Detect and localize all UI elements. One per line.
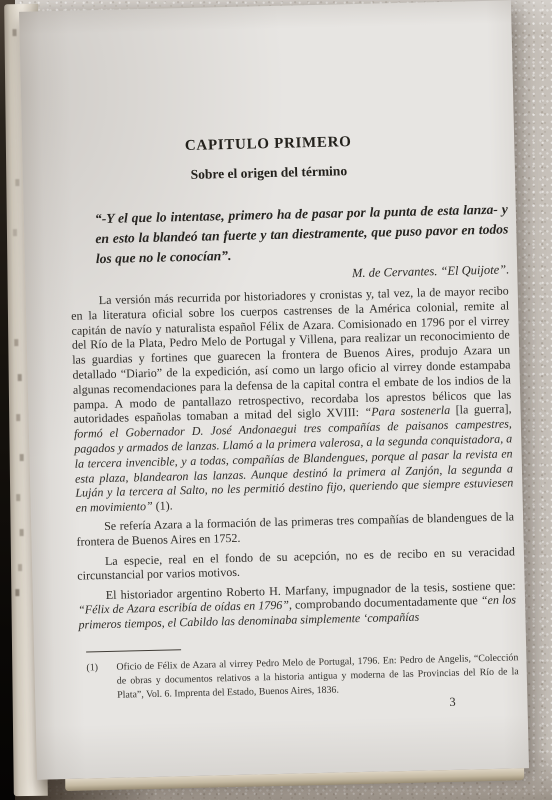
footnote-marker: (1) [86, 661, 98, 675]
body-paragraph: Se refería Azara a la formación de las p… [76, 510, 515, 550]
page-number: 3 [449, 695, 456, 710]
chapter-subtitle: Sobre el origen del término [23, 159, 515, 187]
paragraph-segment-italic: “Para sostenerla [364, 403, 455, 419]
body-paragraph: El historiador argentino Roberto H. Marf… [78, 578, 517, 633]
paragraph-segment-italic: formó el Gobernador D. José Andonaegui t… [74, 417, 514, 515]
book-page: CAPITULO PRIMERO Sobre el origen del tér… [19, 0, 529, 779]
body-text: La versión más recurrida por historiador… [71, 283, 517, 632]
epigraph-quote: “-Y el que lo intentase, primero ha de p… [95, 199, 509, 269]
footnote-separator [86, 649, 181, 653]
paragraph-segment: [la guerra], [456, 402, 512, 417]
footnote-text: Oficio de Félix de Azara al virrey Pedro… [116, 651, 519, 702]
paragraph-segment: Se refería Azara a la formación de las p… [76, 510, 514, 549]
paragraph-segment: La especie, real en el fondo de su acepc… [77, 544, 515, 583]
body-paragraph: La versión más recurrida por historiador… [71, 283, 514, 515]
paragraph-segment: (1). [153, 499, 173, 513]
chapter-title: CAPITULO PRIMERO [22, 130, 514, 159]
body-paragraph: La especie, real en el fondo de su acepc… [77, 544, 516, 584]
